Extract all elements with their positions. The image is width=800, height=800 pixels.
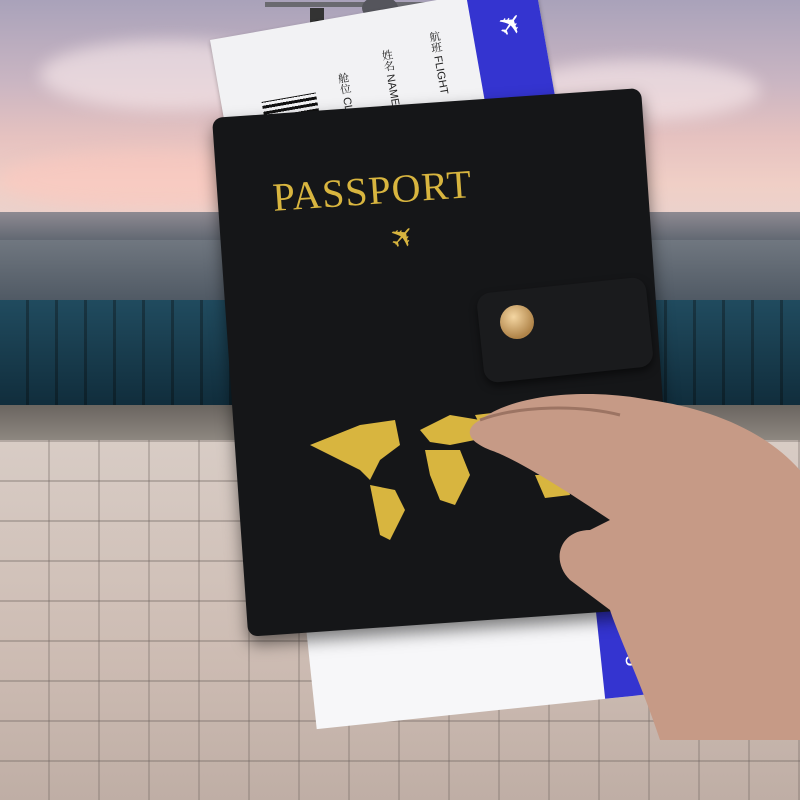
snap-button[interactable] (500, 305, 534, 339)
airplane-icon: ✈ (490, 5, 533, 46)
photo-scene: 舱位 CLASS 姓名 NAME 航班 FLIGHT ✈ SS E HT 登机牌… (0, 0, 800, 800)
flight-label: 航班 FLIGHT (427, 30, 449, 95)
name-label: 姓名 NAME (379, 49, 400, 107)
airplane-icon: ✈ (382, 216, 425, 258)
hand (460, 380, 800, 740)
passport-title: PASSPORT (271, 160, 474, 221)
